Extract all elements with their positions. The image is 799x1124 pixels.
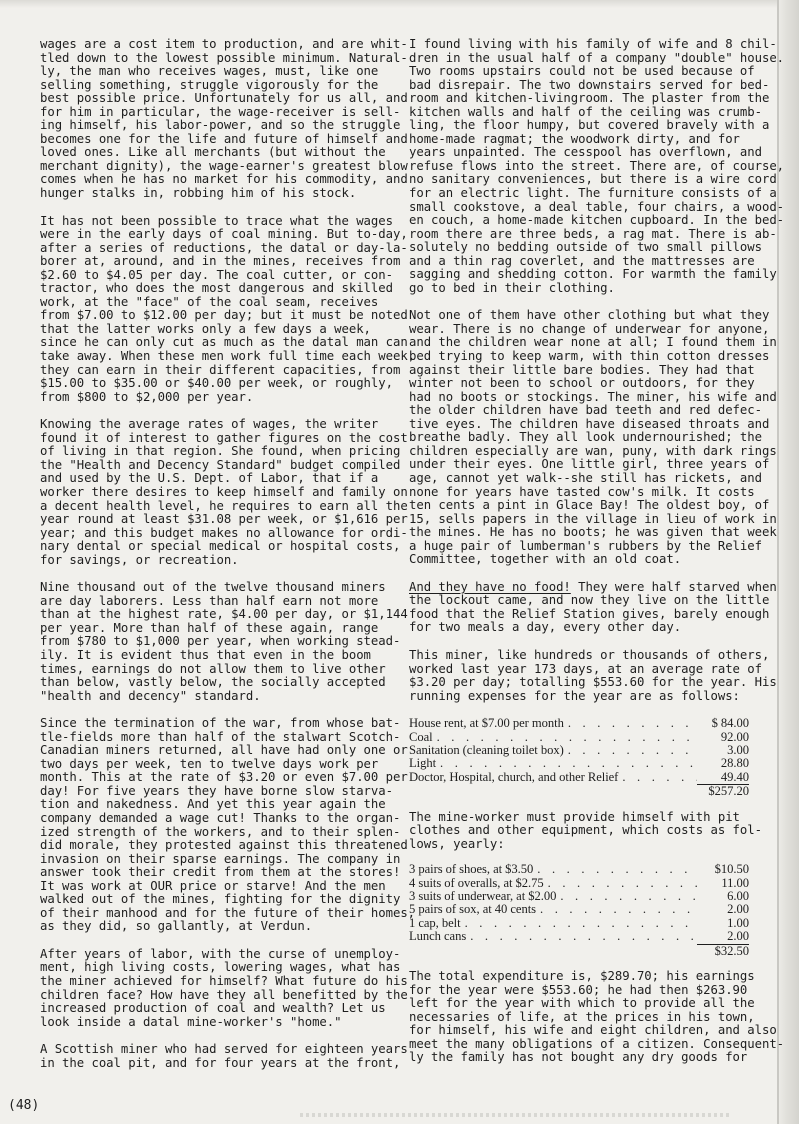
expense-label: House rent, at $7.00 per month xyxy=(409,717,564,730)
paragraph-cost-of-living: Knowing the average rates of wages, the … xyxy=(40,418,402,567)
running-expenses-table: House rent, at $7.00 per month. . . . . … xyxy=(409,717,749,798)
equipment-row: 1 cap, belt. . . . . . . . . . . . . . .… xyxy=(409,917,749,930)
paragraph-wages-cost: wages are a cost item to production, and… xyxy=(40,38,402,201)
equipment-total-row: $32.50 xyxy=(409,945,749,958)
expense-label: Coal xyxy=(409,731,433,744)
bleed-through-footer xyxy=(300,1113,730,1117)
expense-row: House rent, at $7.00 per month. . . . . … xyxy=(409,717,749,730)
paragraph-after-years: After years of labor, with the curse of … xyxy=(40,948,402,1029)
equipment-label: 4 suits of overalls, at $2.75 xyxy=(409,877,544,890)
equipment-label: Lunch cans xyxy=(409,930,466,944)
paragraph-since-war: Since the termination of the war, from w… xyxy=(40,717,402,934)
paragraph-total-expenditure: The total expenditure is, $289.70; his e… xyxy=(409,970,754,1065)
paragraph-wage-rates: It has not been possible to trace what t… xyxy=(40,215,402,405)
equipment-total: $32.50 xyxy=(697,945,749,958)
expense-row: Sanitation (cleaning toilet box). . . . … xyxy=(409,744,749,757)
expense-row: Doctor, Hospital, church, and other Reli… xyxy=(409,771,749,785)
equipment-amount: 11.00 xyxy=(697,877,749,890)
equipment-label: 3 pairs of shoes, at $3.50 xyxy=(409,863,533,876)
expense-label: Doctor, Hospital, church, and other Reli… xyxy=(409,771,618,785)
scan-shadow xyxy=(0,0,799,8)
expense-label: Light xyxy=(409,757,436,770)
equipment-amount: 2.00 xyxy=(697,930,749,944)
expense-total-row: $257.20 xyxy=(409,785,749,798)
equipment-row: 3 pairs of shoes, at $3.50. . . . . . . … xyxy=(409,863,749,876)
paragraph-day-laborers: Nine thousand out of the twelve thousand… xyxy=(40,581,402,703)
emphasis-no-food: And they have no food! xyxy=(409,580,571,594)
dot-leader: . . . . . . . . . . . . . . . . . . . . … xyxy=(544,877,697,890)
expense-label: Sanitation (cleaning toilet box) xyxy=(409,744,564,757)
expense-total: $257.20 xyxy=(697,785,749,798)
dot-leader: . . . . . . . . . . . . . . . . . . . . … xyxy=(556,890,697,903)
equipment-amount: 6.00 xyxy=(697,890,749,903)
equipment-label: 5 pairs of sox, at 40 cents xyxy=(409,903,536,916)
dot-leader: . . . . . . . . . . . . . . . . . . . . … xyxy=(564,744,697,757)
dot-leader: . . . . . . . . . . . . . . . . . . . . … xyxy=(536,903,697,916)
equipment-amount: 2.00 xyxy=(697,903,749,916)
equipment-amount: 1.00 xyxy=(697,917,749,930)
right-column: I found living with his family of wife a… xyxy=(409,38,754,1079)
expense-amount: 28.80 xyxy=(697,757,749,770)
left-column: wages are a cost item to production, and… xyxy=(40,38,402,1084)
paragraph-clothing: Not one of them have other clothing but … xyxy=(409,309,754,566)
expense-amount: 3.00 xyxy=(697,744,749,757)
dot-leader: . . . . . . . . . . . . . . . . . . . . … xyxy=(433,731,697,744)
equipment-row: 5 pairs of sox, at 40 cents. . . . . . .… xyxy=(409,903,749,916)
dot-leader: . . . . . . . . . . . . . . . . . . . . … xyxy=(533,863,697,876)
equipment-costs-table: 3 pairs of shoes, at $3.50. . . . . . . … xyxy=(409,863,749,958)
paragraph-equipment: The mine-worker must provide himself wit… xyxy=(409,811,754,852)
expense-row: Light. . . . . . . . . . . . . . . . . .… xyxy=(409,757,749,770)
dot-leader: . . . . . . . . . . . . . . . . . . . . … xyxy=(436,757,697,770)
equipment-label: 3 suits of underwear, at $2.00 xyxy=(409,890,556,903)
expense-row: Coal. . . . . . . . . . . . . . . . . . … xyxy=(409,731,749,744)
equipment-row: 3 suits of underwear, at $2.00. . . . . … xyxy=(409,890,749,903)
dot-leader: . . . . . . . . . . . . . . . . . . . . … xyxy=(564,717,697,730)
paragraph-scottish-miner: A Scottish miner who had served for eigh… xyxy=(40,1043,402,1070)
paragraph-home-description: I found living with his family of wife a… xyxy=(409,38,754,295)
page-number: (48) xyxy=(8,1098,39,1113)
dot-leader: . . . . . . . . . . . . . . . . . . . . … xyxy=(461,917,697,930)
paragraph-earnings: This miner, like hundreds or thousands o… xyxy=(409,649,754,703)
equipment-row: Lunch cans. . . . . . . . . . . . . . . … xyxy=(409,930,749,944)
expense-amount: 49.40 xyxy=(697,771,749,785)
dot-leader: . . . . . . . . . . . . . . . . . . . . … xyxy=(466,930,697,944)
expense-amount: 92.00 xyxy=(697,731,749,744)
equipment-label: 1 cap, belt xyxy=(409,917,461,930)
dot-leader: . . . . . . . . . . . . . . . . . . . . … xyxy=(618,771,697,785)
expense-amount: $ 84.00 xyxy=(697,717,749,730)
paragraph-no-food: And they have no food! They were half st… xyxy=(409,581,754,635)
equipment-amount: $10.50 xyxy=(697,863,749,876)
equipment-row: 4 suits of overalls, at $2.75. . . . . .… xyxy=(409,877,749,890)
